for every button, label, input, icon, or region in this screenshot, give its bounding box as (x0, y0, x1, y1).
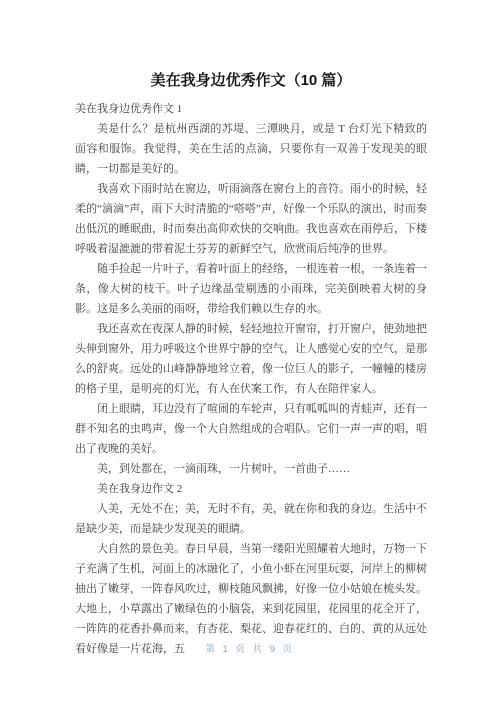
paragraph: 我喜欢下雨时站在窗边，听雨滴落在窗台上的音符。雨小的时候，轻柔的“滴滴”声，雨下… (75, 179, 427, 259)
section-heading: 美在我身边优秀作文 1 (75, 99, 427, 119)
paragraph: 我还喜欢在夜深人静的时候，轻轻地拉开窗帘，打开窗户，使劲地把头伸到窗外，用力呼吸… (75, 319, 427, 399)
page-indicator: 第 1 页 共 9 页 (0, 641, 500, 655)
paragraph: 美是什么？是杭州西湖的苏堤、三潭映月，或是 T 台灯光下精致的面容和服饰。我觉得… (75, 119, 427, 179)
document-title: 美在我身边优秀作文（10 篇） (75, 71, 427, 91)
section-heading: 美在我身边作文 2 (75, 479, 427, 499)
paragraph: 美，到处都在，一滴雨珠，一片树叶，一首曲子…… (75, 459, 427, 479)
document-page: 美在我身边优秀作文（10 篇） 美在我身边优秀作文 1美是什么？是杭州西湖的苏堤… (0, 0, 500, 707)
document-body: 美在我身边优秀作文 1美是什么？是杭州西湖的苏堤、三潭映月，或是 T 台灯光下精… (75, 99, 427, 659)
paragraph: 人美，无处不在；美，无时不有，美，就在你和我的身边。生活中不是缺少美，而是缺少发… (75, 499, 427, 539)
paragraph: 闭上眼睛，耳边没有了喧闹的车轮声，只有呱呱叫的青蛙声，还有一群不知名的虫鸣声，像… (75, 399, 427, 459)
paragraph: 随手捡起一片叶子，看着叶面上的经络，一根连着一根，一条连着一条，像大树的枝干。叶… (75, 259, 427, 319)
